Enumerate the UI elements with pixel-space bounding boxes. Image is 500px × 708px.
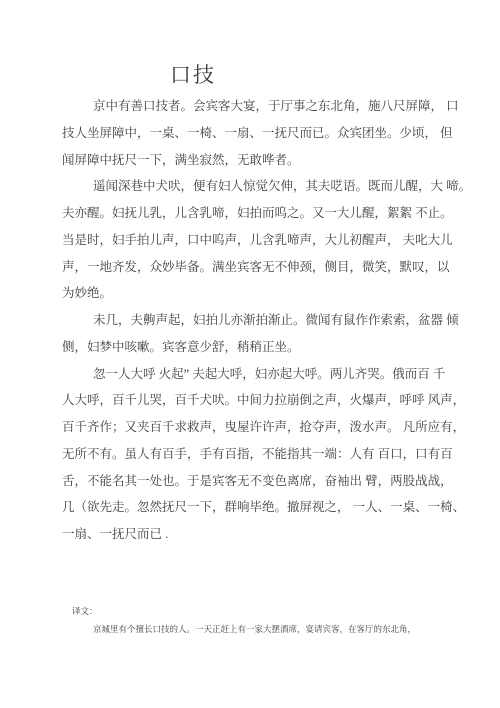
- text-line: 当是时，妇手拍儿声，口中呜声，儿含乳啼声，大儿初醒声， 夫叱大儿: [62, 227, 444, 254]
- text-line: 侧，妇梦中咳嗽。宾客意少舒，稍稍正坐。: [62, 334, 444, 361]
- translation-text-line: 京城里有个擅长口技的人。一天正赶上有一家大摆酒席，宴请宾客，在客厅的东北角，: [93, 623, 416, 635]
- text-line: 遥闻深巷中犬吠，便有妇人惊觉欠伸，其夫呓语。既而儿醒，大 啼。: [62, 173, 444, 200]
- translation-label: 译文：: [72, 605, 98, 617]
- text-line: 忽一人大呼 火起” 夫起大呼，妇亦起大呼。两儿齐哭。俄而百 千: [62, 361, 444, 388]
- text-line: 人大呼，百千儿哭，百千犬吠。中间力拉崩倒之声，火爆声，呼呼 风声，: [62, 387, 444, 414]
- document-body: 京中有善口技者。会宾客大宴，于厅事之东北角，施八尺屏障， 口 技人坐屏障中，一桌…: [62, 93, 444, 548]
- text-line: 无所不有。虽人有百手，手有百指，不能指其一端：人有 百口，口有百: [62, 441, 444, 468]
- text-line: 声，一地齐发，众妙毕备。满坐宾客无不伸颈，侧目，微笑，默叹，以: [62, 254, 444, 281]
- text-line: 一扇、一抚尺而已 .: [62, 521, 444, 548]
- text-line: 舌，不能名其一处也。于是宾客无不变色离席，奋袖出 臂，两股战战，: [62, 468, 444, 495]
- text-line: 夫亦醒。妇抚儿乳，儿含乳啼，妇拍而呜之。又一大儿醒，絮絮 不止。: [62, 200, 444, 227]
- text-line: 未几，夫齁声起，妇拍儿亦渐拍渐止。微闻有鼠作作索索，盆器 倾: [62, 307, 444, 334]
- text-line: 闻屏障中抚尺一下，满坐寂然，无敢哗者。: [62, 147, 444, 174]
- text-line: 京中有善口技者。会宾客大宴，于厅事之东北角，施八尺屏障， 口: [62, 93, 444, 120]
- text-line: 百千齐作；又夹百千求救声，曳屋许许声，抢夺声，泼水声。 凡所应有，: [62, 414, 444, 441]
- document-title: 口技: [170, 59, 216, 89]
- text-line: 几（欲先走。忽然抚尺一下，群响毕绝。撤屏视之， 一人、一桌、一椅、: [62, 494, 444, 521]
- text-line: 技人坐屏障中，一桌、一椅、一扇、一抚尺而已。众宾团坐。少顷， 但: [62, 120, 444, 147]
- document-page: 口技 京中有善口技者。会宾客大宴，于厅事之东北角，施八尺屏障， 口 技人坐屏障中…: [0, 0, 500, 708]
- text-line: 为妙绝。: [62, 280, 444, 307]
